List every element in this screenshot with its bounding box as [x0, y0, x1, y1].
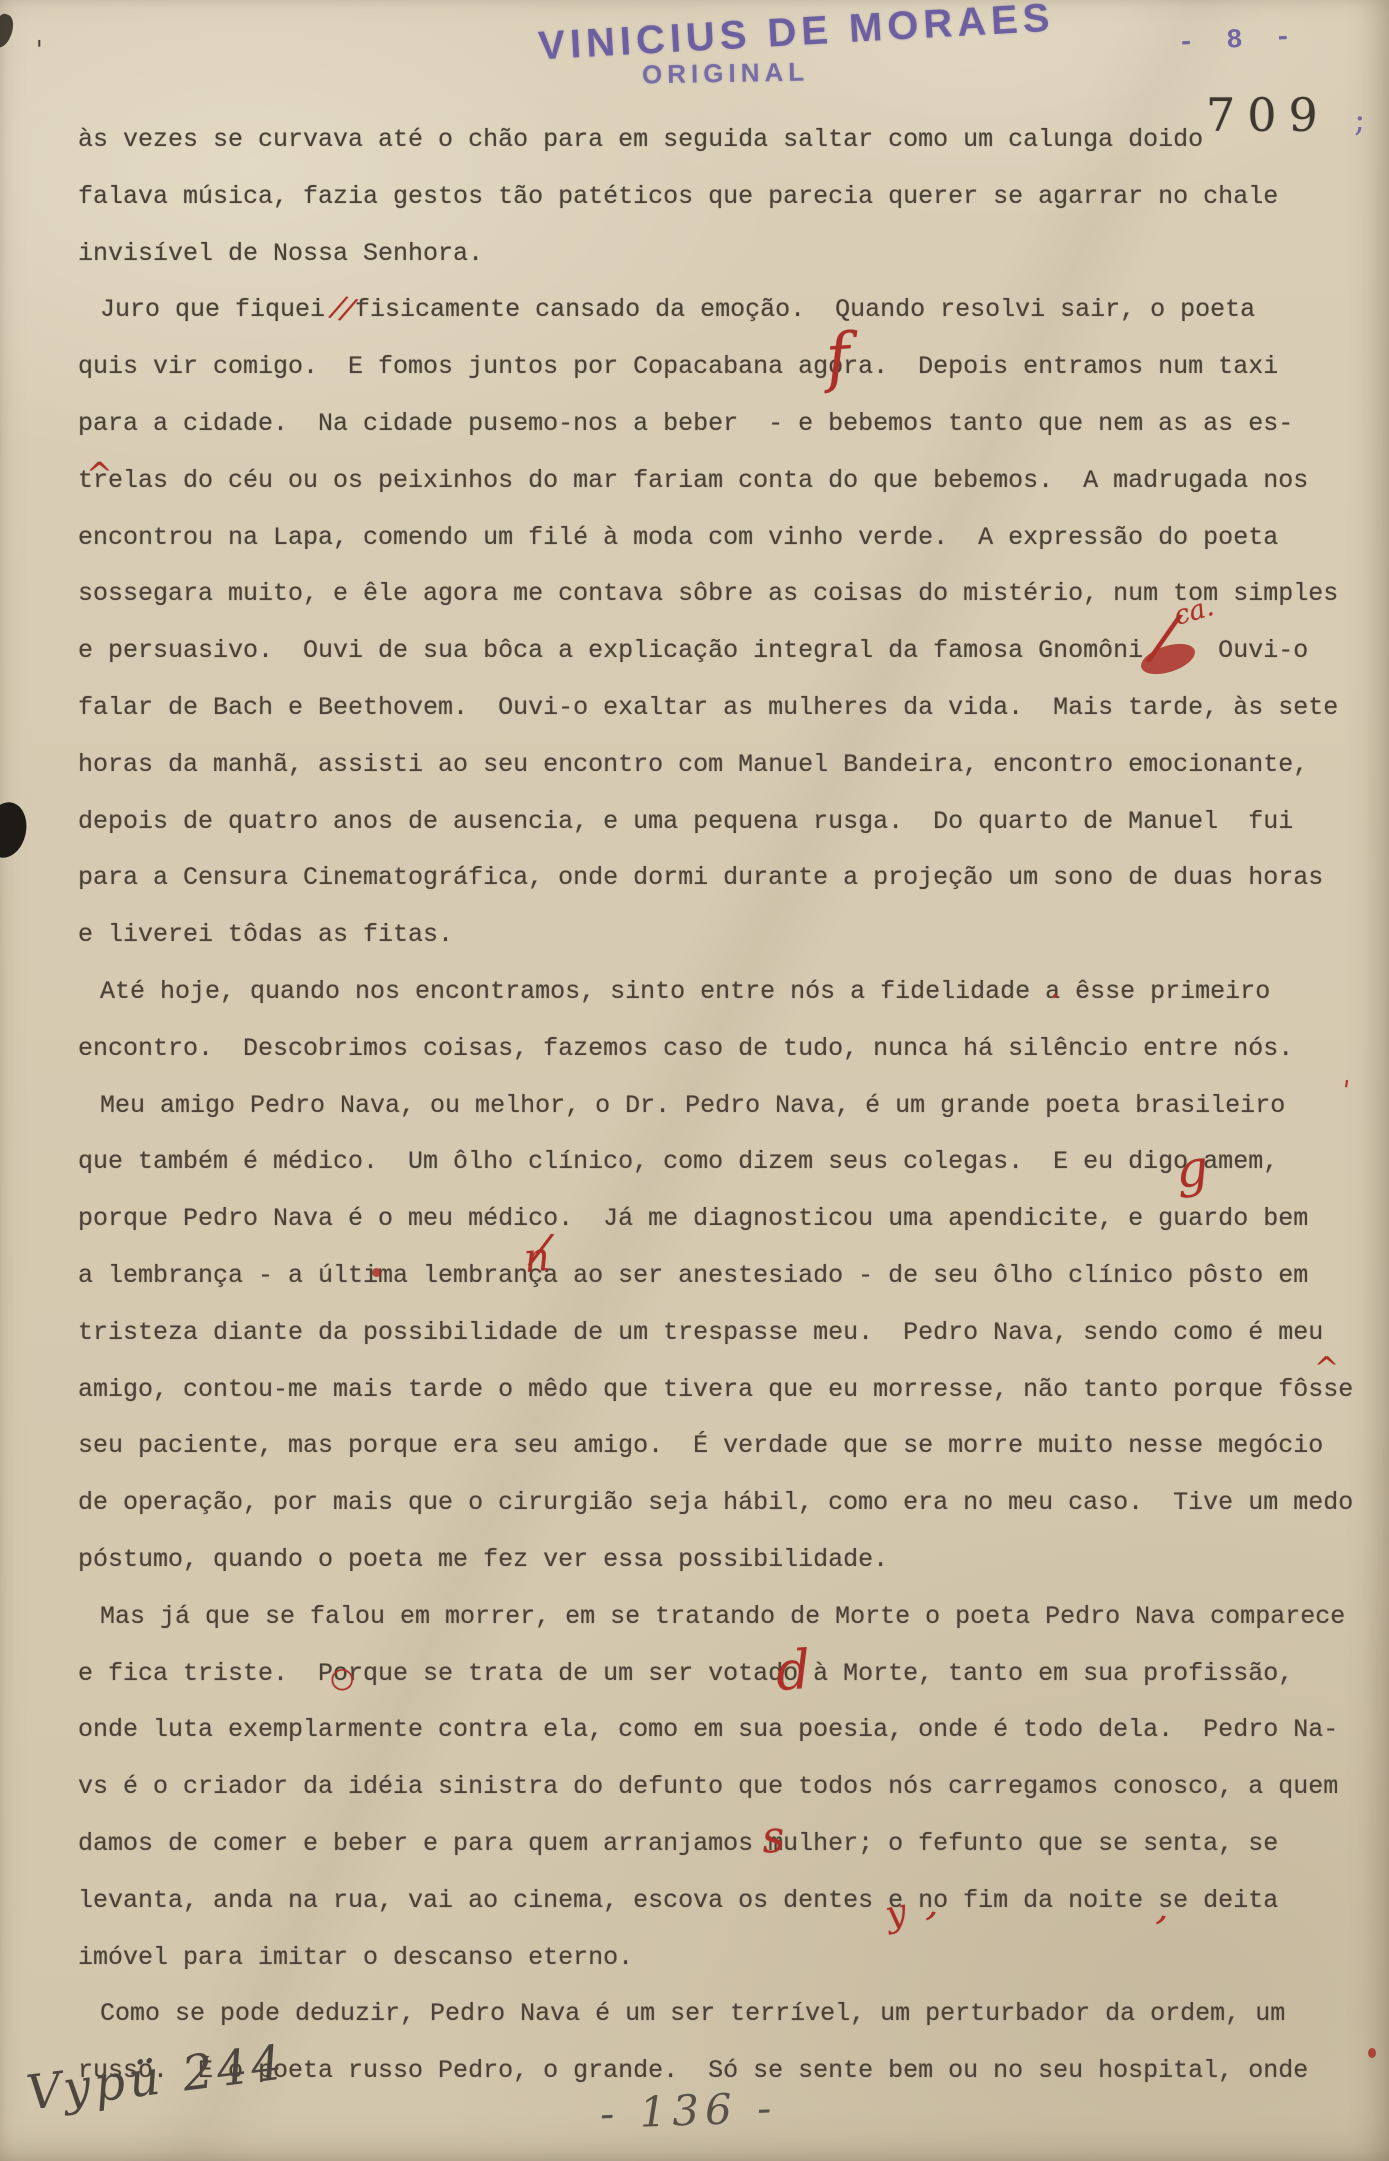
text-line: damos de comer e beber e para quem arran…: [78, 1816, 1389, 1873]
text-line: para a Censura Cinematográfica, onde dor…: [78, 850, 1389, 907]
correction-f-afora: f: [824, 325, 852, 390]
corner-ink-mark: [0, 12, 17, 50]
caret-trelas: ^: [86, 458, 113, 490]
text-line: horas da manhã, assisti ao seu encontro …: [78, 737, 1389, 794]
text-line: Juro que fiquei fisicamente cansado da e…: [78, 282, 1389, 339]
page-number-stamp: - 8 -: [1177, 23, 1299, 59]
caret-fosse: ^: [1314, 1354, 1339, 1384]
text-line: amigo, contou-me mais tarde o mêdo que t…: [78, 1362, 1389, 1419]
text-line: seu paciente, mas porque era seu amigo. …: [78, 1418, 1389, 1475]
text-line: para a cidade. Na cidade pusemo-nos a be…: [78, 396, 1389, 453]
text-line: Meu amigo Pedro Nava, ou melhor, o Dr. P…: [78, 1078, 1389, 1135]
text-line: imóvel para imitar o descanso eterno.: [78, 1930, 1389, 1987]
text-line: às vezes se curvava até o chão para em s…: [78, 112, 1389, 169]
correction-s-arranjamos: s: [760, 1815, 786, 1860]
text-line: quis vir comigo. E fomos juntos por Copa…: [78, 339, 1389, 396]
text-line: a lembrança - a última lembrança ao ser …: [78, 1248, 1389, 1305]
scanned-typescript-page: { "page": { "stamp_name": "VINICIUS DE M…: [0, 0, 1389, 2161]
dot-onde: [1368, 2048, 1376, 2058]
text-line: encontrou na Lapa, comendo um filé à mod…: [78, 510, 1389, 567]
text-line: póstumo, quando o poeta me fez ver essa …: [78, 1532, 1389, 1589]
circle-porque: ○: [330, 1664, 354, 1692]
text-line: encontro. Descobrimos coisas, fazemos ca…: [78, 1021, 1389, 1078]
text-line: Até hoje, quando nos encontramos, sinto …: [78, 964, 1389, 1021]
insert-dot-fidelidade: ·: [1050, 980, 1060, 1012]
text-line: tristeza diante da possibilidade de um t…: [78, 1305, 1389, 1362]
text-line: e liverei tôdas as fitas.: [78, 907, 1389, 964]
text-line: levanta, anda na rua, vai ao cinema, esc…: [78, 1873, 1389, 1930]
original-stamp: ORIGINAL: [642, 57, 810, 91]
ink-blot: [0, 798, 31, 861]
text-line: de operação, por mais que o cirurgião se…: [78, 1475, 1389, 1532]
handwritten-page-number: - 136 -: [599, 2083, 778, 2138]
text-line: e fica triste. Porque se trata de um ser…: [78, 1646, 1389, 1703]
text-line: falava música, fazia gestos tão patético…: [78, 169, 1389, 226]
text-line: onde luta exemplarmente contra ela, como…: [78, 1702, 1389, 1759]
text-line: trelas do céu ou os peixinhos do mar far…: [78, 453, 1389, 510]
correction-g-digo: g: [1173, 1142, 1210, 1195]
text-line: porque Pedro Nava é o meu médico. Já me …: [78, 1191, 1389, 1248]
dot-ultima: [372, 1268, 381, 1277]
typewritten-text: às vezes se curvava até o chão para em s…: [78, 112, 1389, 2100]
text-line: depois de quatro anos de ausencia, e uma…: [78, 794, 1389, 851]
text-line: Mas já que se falou em morrer, em se tra…: [78, 1589, 1389, 1646]
text-line: invisível de Nossa Senhora.: [78, 226, 1389, 283]
text-line: falar de Bach e Beethovem. Ouvi-o exalta…: [78, 680, 1389, 737]
correction-d-votado: d: [774, 1643, 812, 1699]
mark-top-left-quote: ': [36, 38, 43, 62]
text-line: vs é o criador da idéia sinistra do defu…: [78, 1759, 1389, 1816]
